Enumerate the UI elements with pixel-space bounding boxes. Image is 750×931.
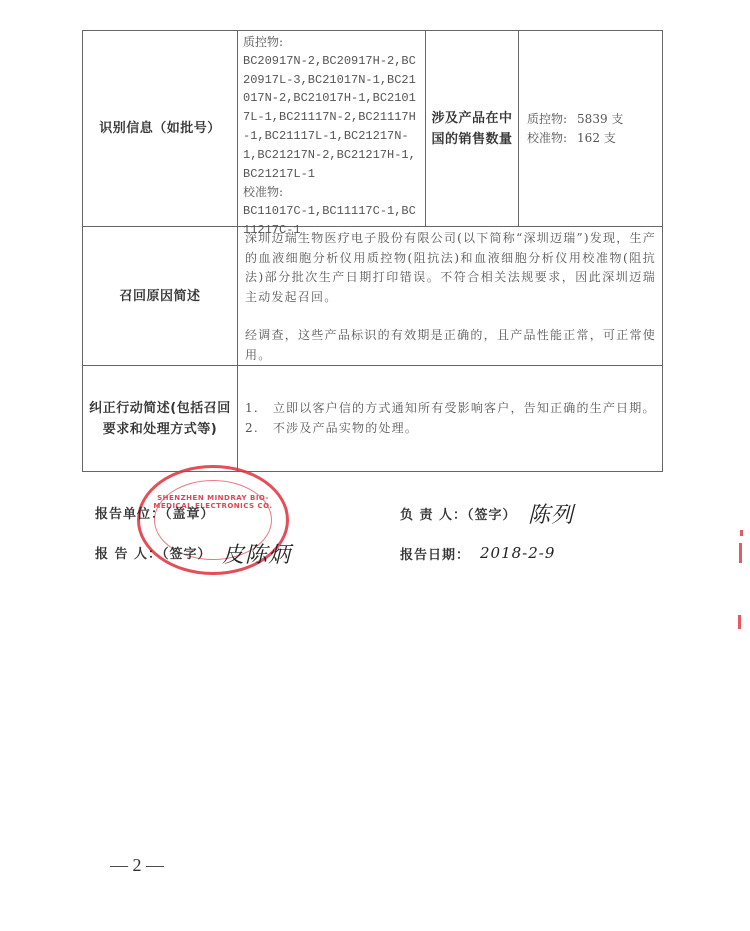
recall-reason-label: 召回原因简述	[83, 227, 238, 365]
seam-stamp-mark	[740, 530, 743, 536]
responsible-person-label: 负 责 人：（签字）	[400, 504, 517, 523]
seam-stamp-mark	[739, 543, 742, 563]
recall-reason-text: 深圳迈瑞生物医疗电子股份有限公司(以下简称“深圳迈瑞”)发现，生产的血液细胞分析…	[238, 227, 662, 365]
qc-lot-list: BC20917N-2,BC20917H-2,BC20917L-3,BC21017…	[243, 52, 420, 184]
identification-label: 识别信息（如批号）	[83, 31, 238, 226]
reporter-signature: 皮陈炳	[222, 538, 291, 569]
reporting-unit-label: 报告单位：（盖章）	[95, 503, 215, 522]
recall-reason-para2: 经调查，这些产品标识的有效期是正确的，且产品性能正常，可正常使用。	[245, 326, 656, 365]
reporter-label: 报 告 人：（签字）	[95, 543, 212, 562]
recall-reason-para1: 深圳迈瑞生物医疗电子股份有限公司(以下简称“深圳迈瑞”)发现，生产的血液细胞分析…	[245, 229, 656, 307]
corrective-action-item: 1. 立即以客户信的方式通知所有受影响客户，告知正确的生产日期。	[245, 399, 662, 419]
report-date-label: 报告日期：	[400, 544, 470, 563]
corrective-action-list: 1. 立即以客户信的方式通知所有受影响客户，告知正确的生产日期。 2. 不涉及产…	[238, 366, 662, 471]
seam-stamp-mark	[738, 615, 741, 629]
row-corrective-action: 纠正行动简述(包括召回要求和处理方式等) 1. 立即以客户信的方式通知所有受影响…	[83, 366, 662, 471]
cal-heading: 校准物:	[243, 183, 420, 202]
recall-report-table: 识别信息（如批号） 质控物: BC20917N-2,BC20917H-2,BC2…	[82, 30, 663, 472]
page-number: — 2 —	[110, 855, 164, 876]
sales-cal: 校准物: 162 支	[527, 129, 662, 148]
responsible-signature: 陈列	[528, 498, 574, 529]
qc-heading: 质控物:	[243, 33, 420, 52]
row-recall-reason: 召回原因简述 深圳迈瑞生物医疗电子股份有限公司(以下简称“深圳迈瑞”)发现，生产…	[83, 227, 662, 366]
sales-quantity-values: 质控物: 5839 支 校准物: 162 支	[519, 31, 662, 226]
corrective-action-item: 2. 不涉及产品实物的处理。	[245, 419, 662, 439]
lot-numbers-cell: 质控物: BC20917N-2,BC20917H-2,BC20917L-3,BC…	[238, 31, 426, 226]
sales-qc: 质控物: 5839 支	[527, 110, 662, 129]
sales-quantity-label: 涉及产品在中国的销售数量	[426, 31, 519, 226]
report-date-value: 2018-2-9	[480, 544, 555, 562]
row-identification: 识别信息（如批号） 质控物: BC20917N-2,BC20917H-2,BC2…	[83, 31, 662, 227]
corrective-action-label: 纠正行动简述(包括召回要求和处理方式等)	[83, 366, 238, 471]
